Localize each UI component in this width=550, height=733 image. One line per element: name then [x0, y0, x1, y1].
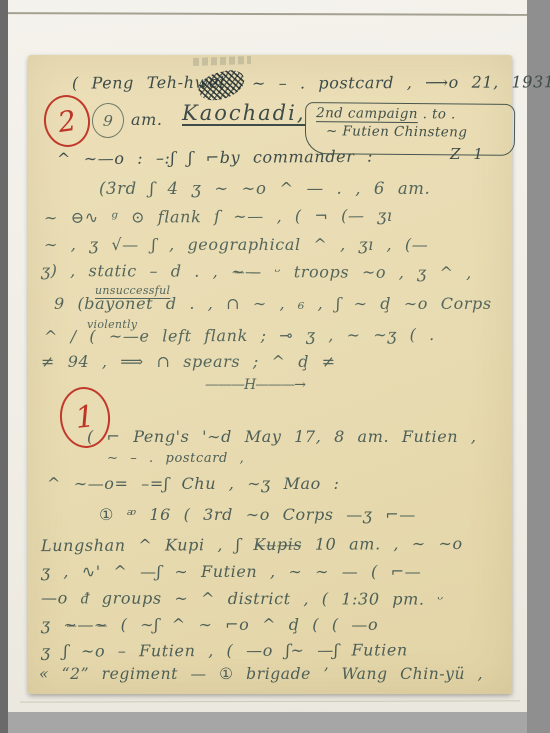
handwriting-line: ≠ 94 , ⟹ ∩ spears ; ^ ḑ ≠ [41, 353, 336, 371]
backdrop-right [527, 0, 550, 733]
handwriting-line: ^ ∼—o= –=ʃ Chu , ∼ʒ Mao : [47, 475, 340, 493]
section-divider: ———H———→ [205, 378, 305, 393]
handwriting-line: —o ᵭ groups ∼ ^ district , ( 1:30 pm. ᵕ [41, 589, 444, 608]
handwriting-line: ① ᵆ 16 ( 3rd ∼o Corps —ʒ ⌐— [99, 506, 416, 524]
box-note-line1: 2nd campaign . to . [316, 105, 508, 123]
backdrop-bottom [8, 712, 527, 733]
box-note-underlined: 2nd campaign [316, 105, 418, 122]
handwriting-line: ʒ , ∿' ^ —ʃ ∼ Futien , ∼ ∼ — ( ⌐— [41, 563, 421, 581]
handwriting-line: « “2” regiment — ① brigade ’ Wang Chin-y… [39, 666, 483, 683]
handwriting-line: ʒ ∼̶—̶∼̶ ( ∼ʃ ^ ∼ ⌐o ^ ḑ ( ( —o [41, 616, 378, 634]
interline-note: ∼ – . postcard , [107, 452, 244, 466]
archival-photo: ( Peng Teh-hwei , ∼ – . postcard , ⟶o 21… [0, 0, 550, 733]
handwriting-line: ^ / ( ∼—e left flank ; ⊸ ʒ , ∼ ∼ʒ ( . [44, 326, 435, 346]
handwriting-line: 9 (bayonet d . , ∩ ∼ , ₆ , ʃ ∼ ḑ ∼o Corp… [54, 295, 492, 313]
place-name-kaochadi: Kaochadi, [182, 102, 306, 125]
box-note-line2: ∼ Futien Chinsteng [326, 123, 508, 141]
handwriting-line: ^ ∼—o : –:ʃ ʃ ⌐by commander : [57, 148, 373, 168]
handwriting-line: (3rd ʃ 4 ʒ ∼ ∼o ^ — . , 6 am. [99, 180, 430, 198]
handwriting-line: Lungshan ^ Kupi , ʃ K̶u̶p̶i̶s̶ 10 am. , … [41, 535, 463, 555]
handwriting-line: ∼ – . postcard , ⟶o 21, 1931. [252, 73, 550, 92]
handwriting-line: ʒ) , static – d . , ∼̶—̶ ᵕ troops ∼o , ʒ… [41, 262, 472, 282]
box-note-rest: . to . [418, 106, 456, 122]
handwriting-line: ∼ , ʒ √— ʃ , geographical ^ , ʒı , (— [44, 236, 428, 254]
am-label: am. [131, 111, 163, 129]
backdrop-left [0, 0, 8, 733]
handwriting-line: ʒ ʃ ∼o – Futien , ( —o ʃ∼ —ʃ Futien [41, 641, 408, 660]
handwriting-line: ( ⌐ Peng's '∼d May 17, 8 am. Futien , [87, 428, 477, 446]
box-note-below: Z 1 [450, 146, 484, 163]
handwriting-line: ∼ ⊖∿ ᵍ ⊙ flank ſ ∼— , ( ¬ (— ʒı [44, 207, 393, 227]
